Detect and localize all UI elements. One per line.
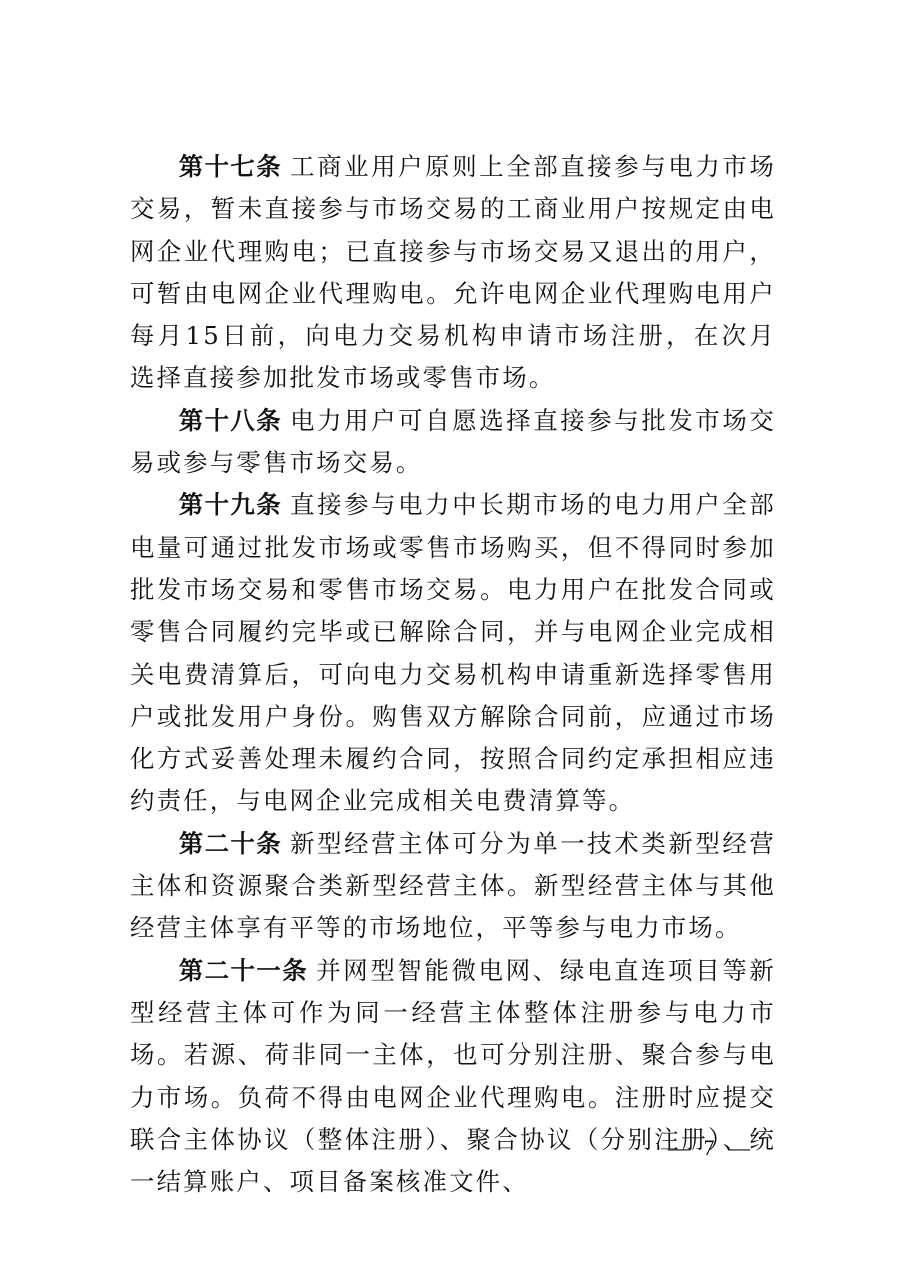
article-18-paragraph: 第十八条电力用户可自愿选择直接参与批发市场交易或参与零售市场交易。 [130,400,776,485]
article-17-paragraph: 第十七条工商业用户原则上全部直接参与电力市场交易，暂未直接参与市场交易的工商业用… [130,146,776,400]
document-body: 第十七条工商业用户原则上全部直接参与电力市场交易，暂未直接参与市场交易的工商业用… [130,146,776,1203]
article-number: 第十八条 [179,406,282,435]
page-number: — 7 — [668,1135,754,1161]
article-number: 第二十一条 [179,956,308,985]
article-text: 工商业用户原则上全部直接参与电力市场交易，暂未直接参与市场交易的工商业用户按规定… [130,152,776,392]
article-20-paragraph: 第二十条新型经营主体可分为单一技术类新型经营主体和资源聚合类新型经营主体。新型经… [130,823,776,950]
article-number: 第十九条 [179,490,282,519]
article-number: 第二十条 [179,829,282,858]
article-text: 直接参与电力中长期市场的电力用户全部电量可通过批发市场或零售市场购买，但不得同时… [130,490,776,815]
article-19-paragraph: 第十九条直接参与电力中长期市场的电力用户全部电量可通过批发市场或零售市场购买，但… [130,484,776,822]
article-number: 第十七条 [179,152,282,181]
article-21-paragraph: 第二十一条并网型智能微电网、绿电直连项目等新型经营主体可作为同一经营主体整体注册… [130,950,776,1204]
